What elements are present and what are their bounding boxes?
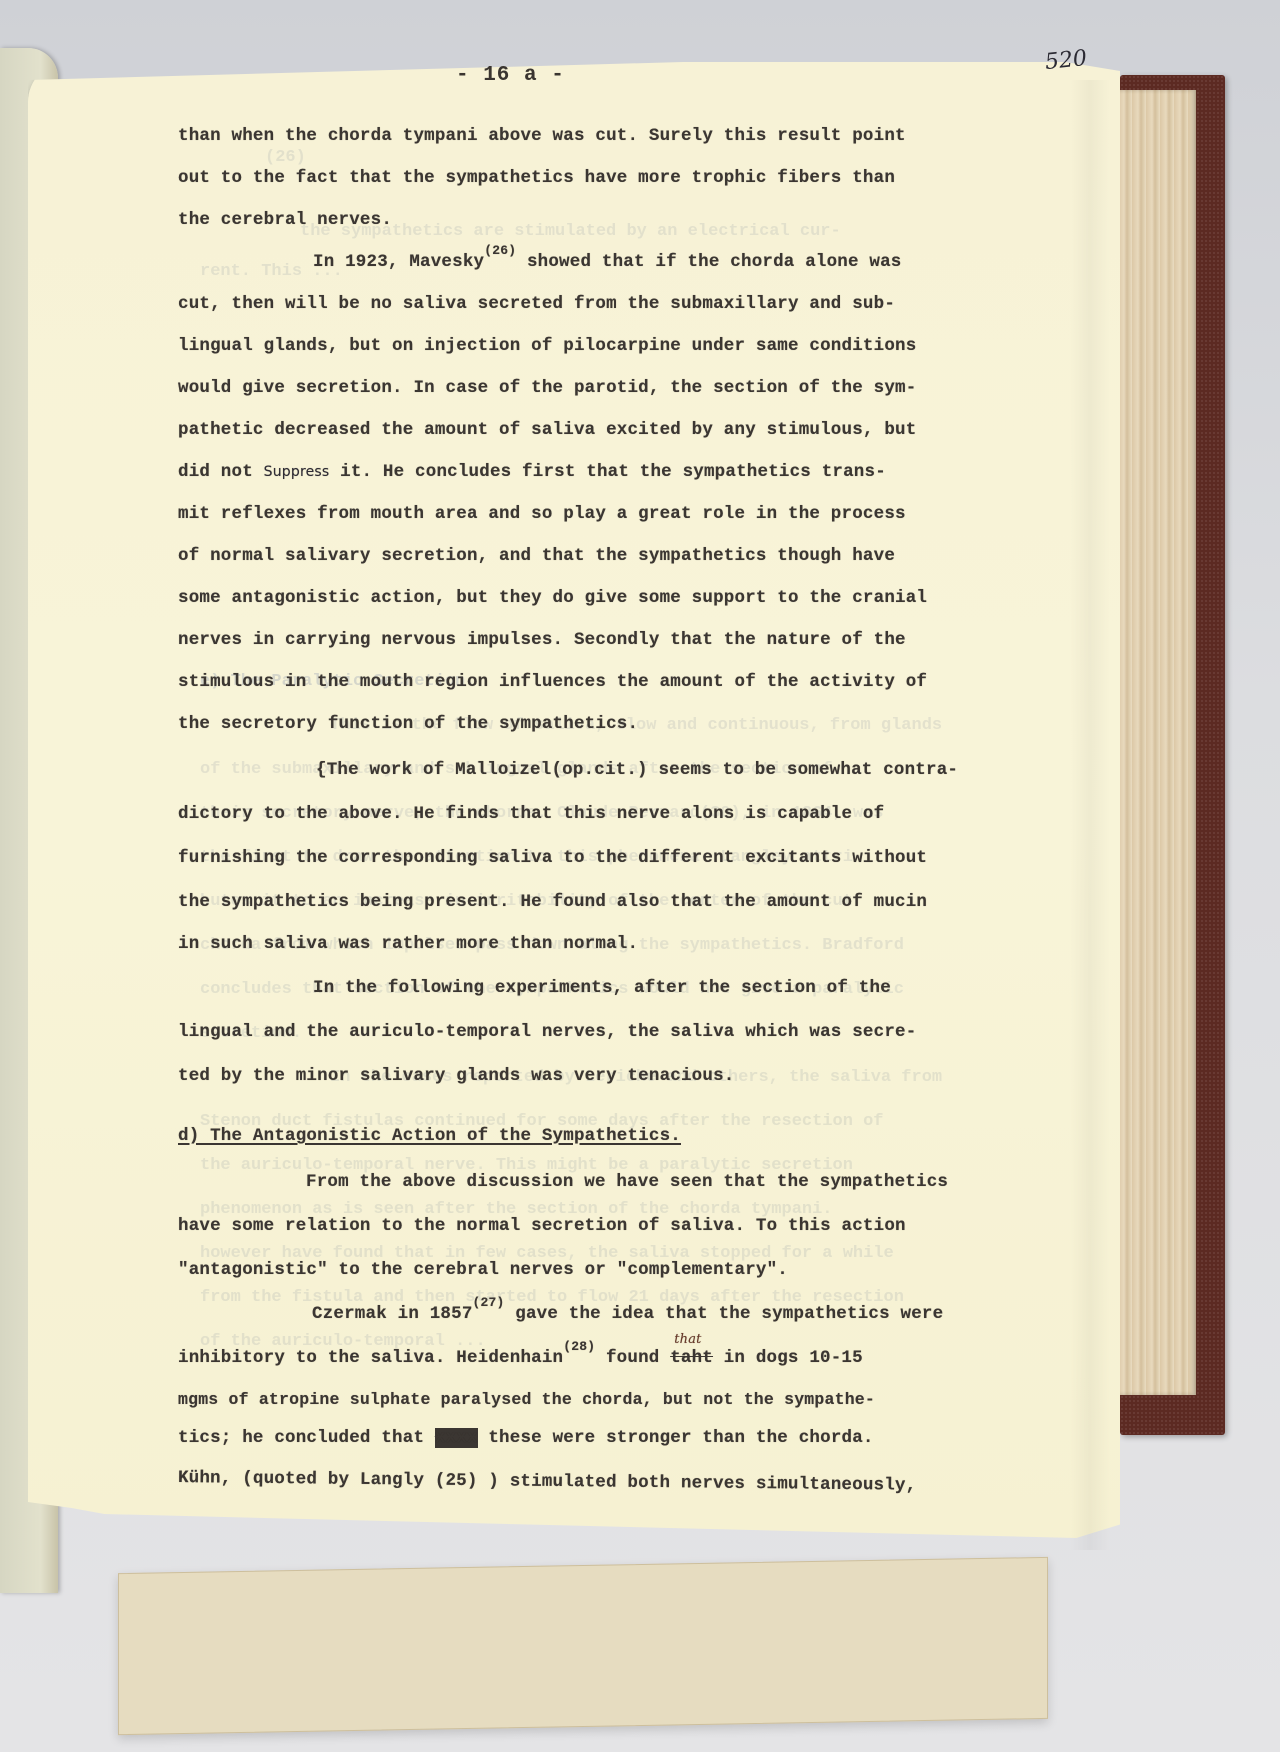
text-line: dictory to the above. He finds that this…	[178, 804, 884, 824]
overtyped-word: xxxx	[435, 1428, 478, 1448]
text-line: stimulous in the mouth region influences…	[178, 672, 927, 692]
text-line: In 1923, Mavesky(26) showed that if the …	[178, 252, 902, 272]
page-header-number: - 16 a -	[456, 64, 565, 87]
text-line: of normal salivary secretion, and that t…	[178, 546, 895, 566]
text-line: would give secretion. In case of the par…	[178, 378, 916, 398]
footnote-ref: (27)	[473, 1295, 505, 1310]
struck-word: taht	[670, 1348, 713, 1368]
text-line: did not Suppress it. He concludes first …	[178, 462, 886, 482]
handwritten-folio-number: 520	[1044, 46, 1088, 75]
text-line: mgms of atropine sulphate paralysed the …	[178, 1390, 875, 1409]
text-line: Czermak in 1857(27) gave the idea that t…	[178, 1304, 943, 1324]
text-line: out to the fact that the sympathetics ha…	[178, 168, 895, 188]
text-line: the cerebral nerves.	[178, 210, 392, 230]
handwritten-insertion: Suppress	[264, 464, 330, 480]
text-line: lingual and the auriculo-temporal nerves…	[178, 1022, 916, 1042]
text-line: cut, then will be no saliva secreted fro…	[178, 294, 895, 314]
text-line: some antagonistic action, but they do gi…	[178, 588, 927, 608]
text-line: inhibitory to the saliva. Heidenhain(28)…	[178, 1348, 863, 1368]
text-line: From the above discussion we have seen t…	[178, 1172, 948, 1192]
footnote-ref: (26)	[484, 243, 516, 258]
text-line: lingual glands, but on injection of pilo…	[178, 336, 916, 356]
text-line: tics; he concluded that xxxx these were …	[178, 1428, 874, 1448]
text-line: furnishing the corresponding saliva to t…	[178, 848, 927, 868]
text-line: in such saliva was rather more than norm…	[178, 934, 638, 954]
section-heading: d) The Antagonistic Action of the Sympat…	[178, 1126, 681, 1146]
text-line: "antagonistic" to the cerebral nerves or…	[178, 1260, 788, 1280]
handwritten-correction: that	[674, 1332, 701, 1347]
text-line: In the following experiments, after the …	[178, 978, 891, 998]
sheet-fold-shadow	[1070, 80, 1110, 1550]
text-line: the sympathetics being present. He found…	[178, 892, 927, 912]
text-line: nerves in carrying nervous impulses. Sec…	[178, 630, 906, 650]
text-line: ted by the minor salivary glands was ver…	[178, 1066, 735, 1086]
text-line: than when the chorda tympani above was c…	[178, 126, 906, 146]
footnote-ref: (28)	[563, 1339, 595, 1354]
text-line: pathetic decreased the amount of saliva …	[178, 420, 916, 440]
book-page-edges	[1118, 90, 1196, 1395]
text-line: the secretory function of the sympatheti…	[178, 714, 638, 734]
underlying-pages	[118, 1557, 1048, 1735]
text-line: {The work of Malloizel(op.cit.) seems to…	[178, 760, 958, 780]
text-line: mit reflexes from mouth area and so play…	[178, 504, 906, 524]
text-line: have some relation to the normal secreti…	[178, 1216, 906, 1236]
